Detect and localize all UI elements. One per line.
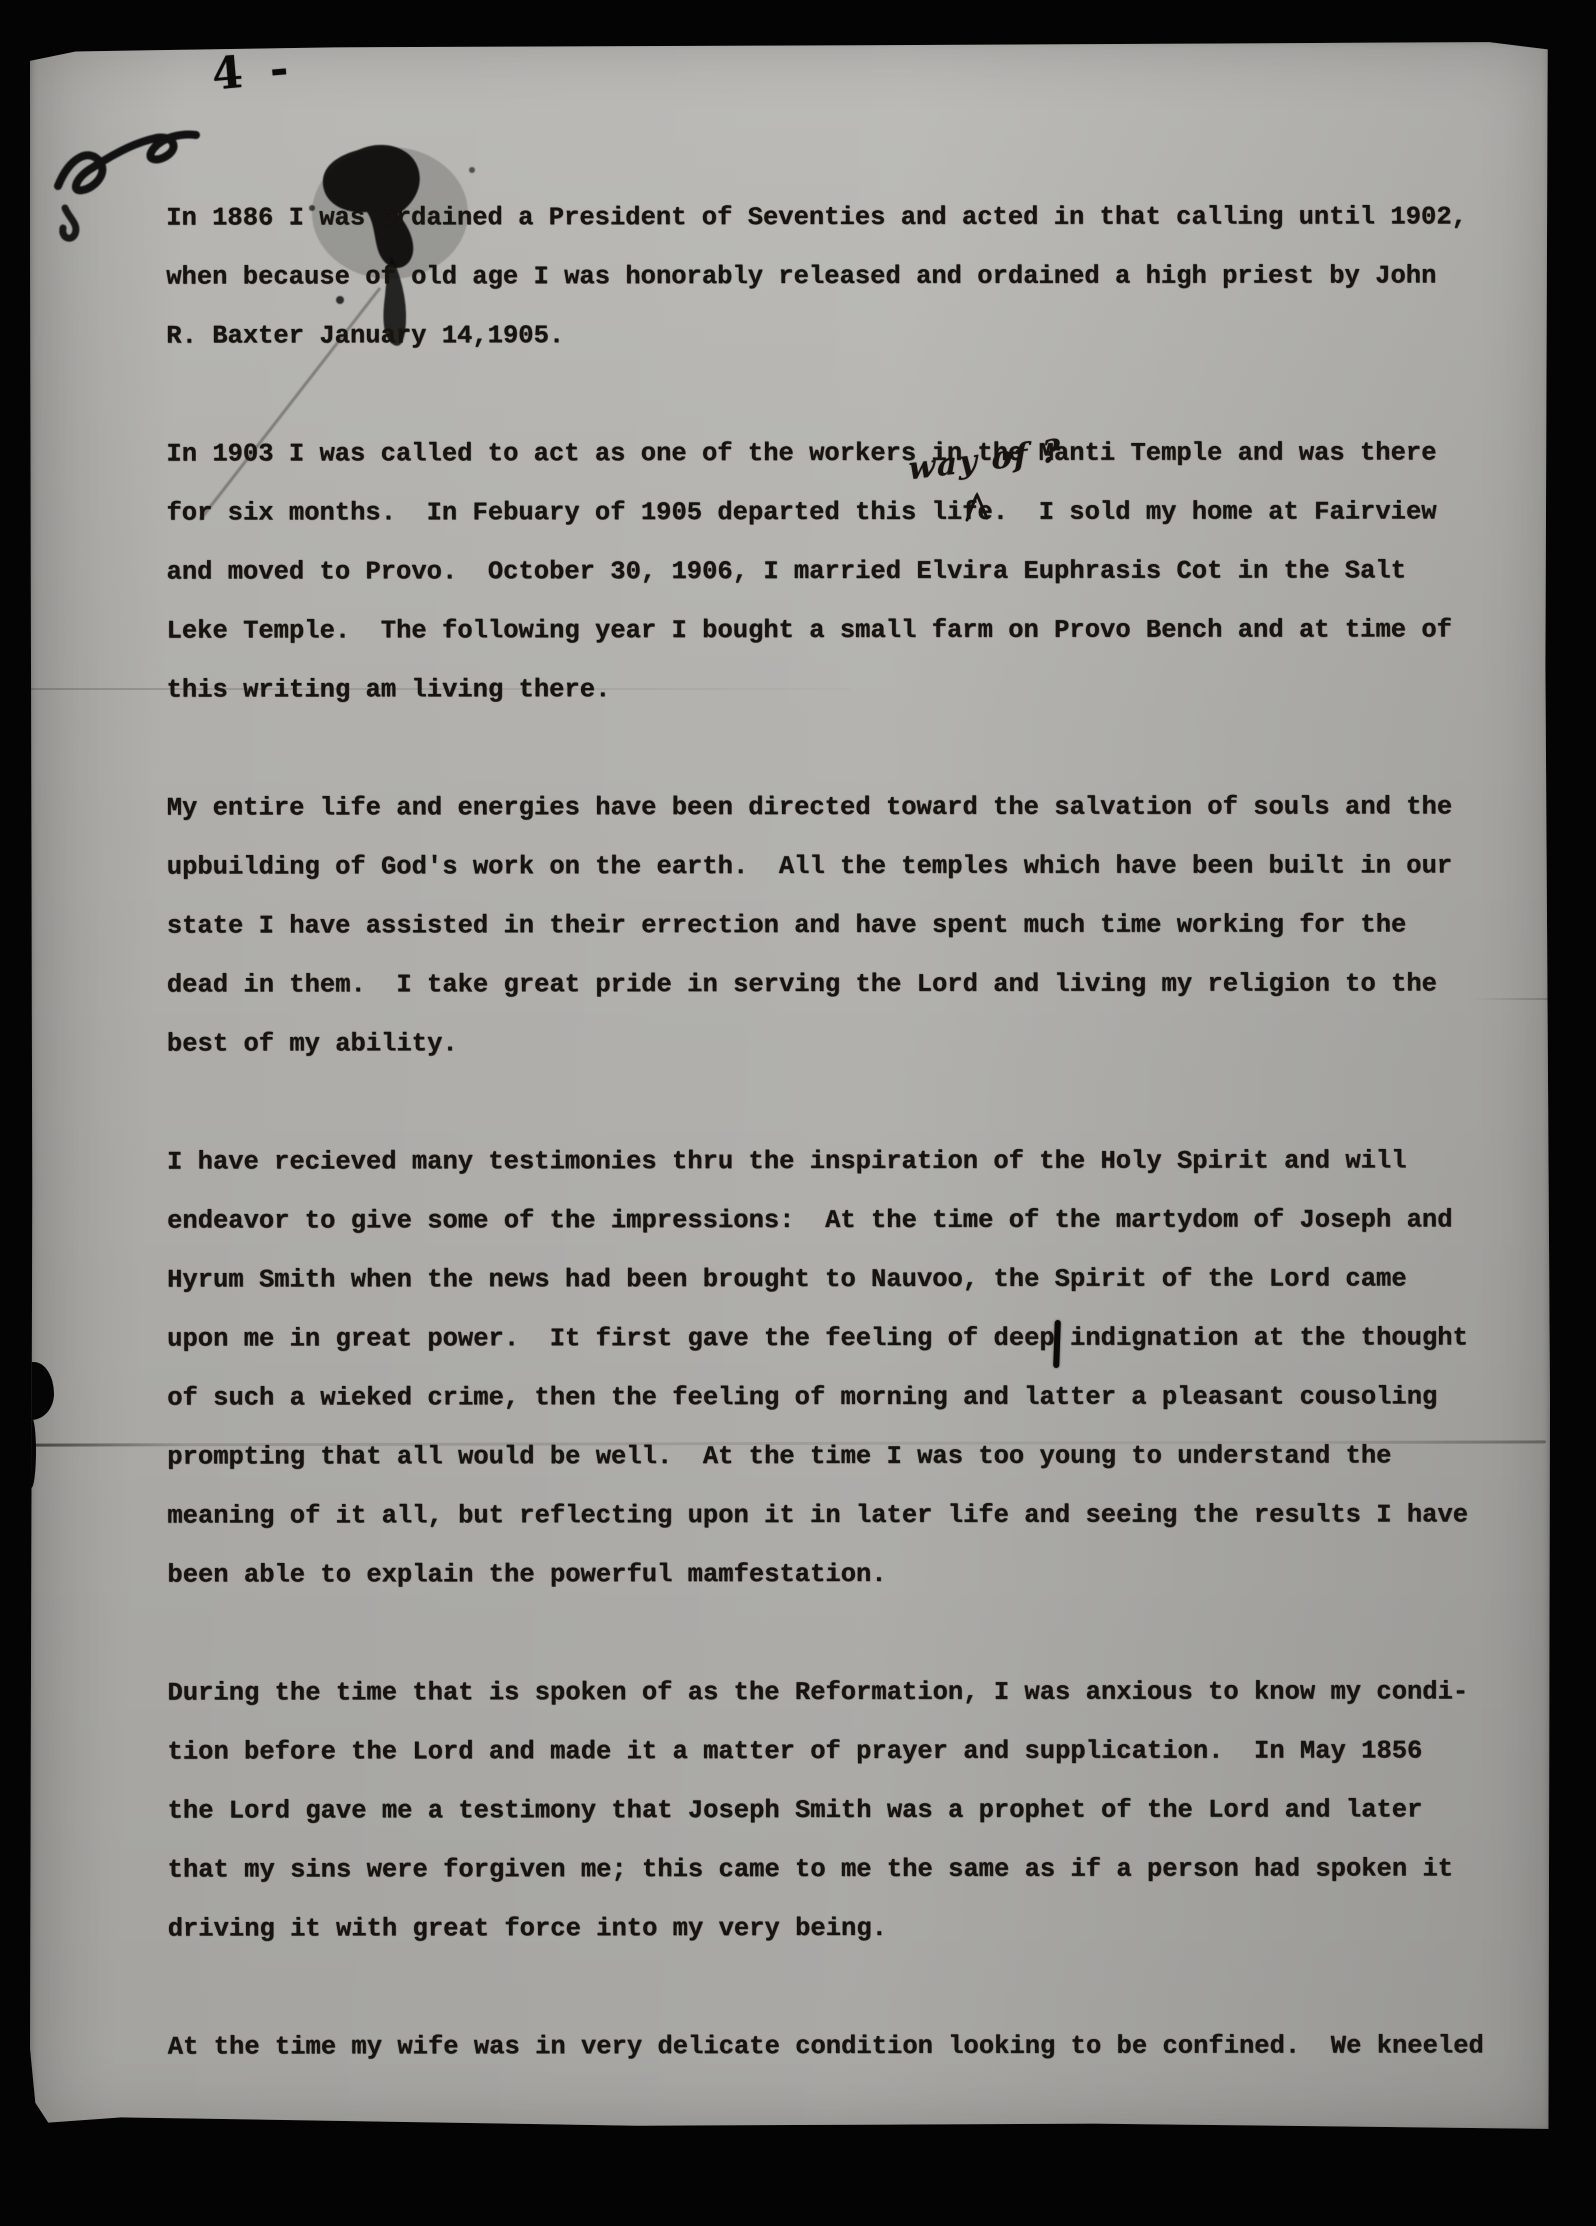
text-line: At the time my wife was in very delicate… — [168, 2016, 1518, 2076]
text-line: meaning of it all, but reflecting upon i… — [167, 1485, 1517, 1545]
text-line: In 1903 I was called to act as one of th… — [166, 423, 1516, 483]
text-line: of such a wieked crime, then the feeling… — [167, 1367, 1517, 1427]
text-line: been able to explain the powerful mamfes… — [167, 1544, 1517, 1604]
overstrike-stroke — [1053, 1320, 1061, 1368]
paragraph-1: In 1886 I was ordained a President of Se… — [166, 187, 1516, 365]
text-line: In 1886 I was ordained a President of Se… — [166, 187, 1516, 247]
paper-crease — [30, 688, 850, 690]
text-line: endeavor to give some of the impressions… — [167, 1190, 1517, 1250]
edge-notch — [27, 1362, 54, 1420]
text-line: Leke Temple. The following year I bought… — [167, 600, 1517, 660]
text-line: for six months. In Febuary of 1905 depar… — [166, 482, 1516, 542]
text-line: when because of old age I was honorably … — [166, 246, 1516, 306]
handwritten-scribble — [58, 135, 196, 191]
insertion-caret-icon — [964, 492, 990, 522]
text-line: During the time that is spoken of as the… — [167, 1662, 1517, 1722]
paragraph-6: At the time my wife was in very delicate… — [168, 2016, 1518, 2076]
text-line: I have recieved many testimonies thru th… — [167, 1131, 1517, 1191]
page-number: 4 - — [210, 43, 296, 101]
text-line: prompting that all would be well. At the… — [167, 1426, 1517, 1486]
paper-crease — [1470, 998, 1550, 1000]
typed-text-block: In 1886 I was ordained a President of Se… — [166, 187, 1518, 2076]
paragraph-2: In 1903 I was called to act as one of th… — [166, 423, 1516, 719]
text-line: dead in them. I take great pride in serv… — [167, 954, 1517, 1014]
paragraph-4: I have recieved many testimonies thru th… — [167, 1131, 1517, 1604]
overstrike-mark — [1049, 1320, 1065, 1368]
scan-backdrop: { "document": { "page_number": "4 -", "a… — [0, 0, 1596, 2226]
paragraph-5: During the time that is spoken of as the… — [167, 1662, 1517, 1958]
text-line: tion before the Lord and made it a matte… — [168, 1721, 1518, 1781]
text-line: Hyrum Smith when the news had been broug… — [167, 1249, 1517, 1309]
text-line: upon me in great power. It first gave th… — [167, 1308, 1517, 1368]
text-line: R. Baxter January 14,1905. — [166, 305, 1516, 365]
edge-notch — [27, 1418, 36, 1488]
text-line: the Lord gave me a testimony that Joseph… — [168, 1780, 1518, 1840]
paragraph-3: My entire life and energies have been di… — [167, 777, 1517, 1073]
text-line: driving it with great force into my very… — [168, 1898, 1518, 1958]
text-line: best of my ability. — [167, 1013, 1517, 1073]
text-line: upbuilding of God's work on the earth. A… — [167, 836, 1517, 896]
paper-sheet: 4 - In 1886 I was ordained a President o… — [30, 40, 1550, 2132]
text-line: that my sins were forgiven me; this came… — [168, 1839, 1518, 1899]
text-line: and moved to Provo. October 30, 1906, I … — [166, 541, 1516, 601]
text-line: state I have assisted in their errection… — [167, 895, 1517, 955]
text-line: My entire life and energies have been di… — [167, 777, 1517, 837]
